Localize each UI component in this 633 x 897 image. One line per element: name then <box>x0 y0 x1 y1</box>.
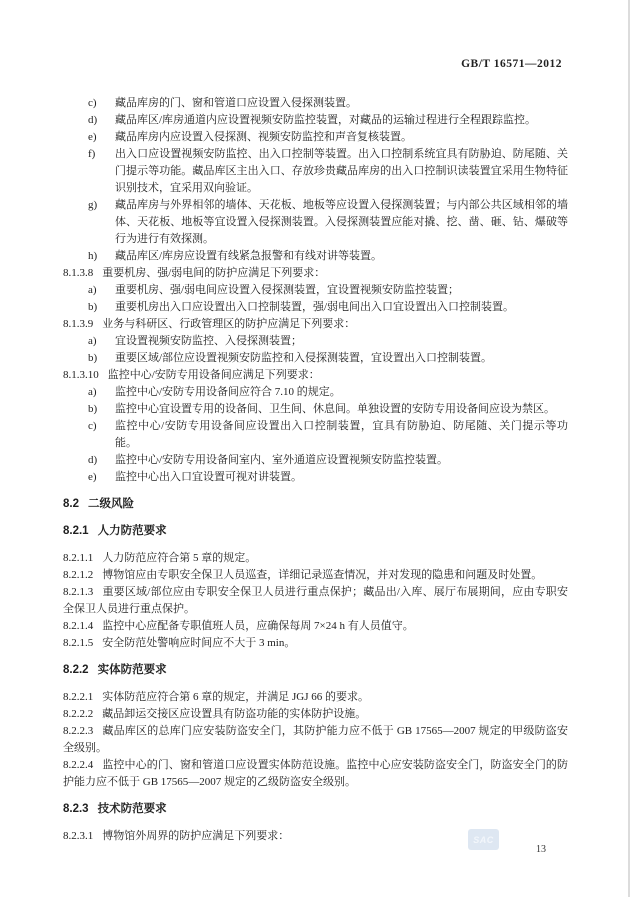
list-item: a) 重要机房、强/弱电间应设置入侵探测装置，宜设置视频安防监控装置； <box>63 282 568 299</box>
clause-number: 8.1.3.9 <box>63 318 93 330</box>
clause-text: 藏品卸运交接区应设置具有防盗功能的实体防护设施。 <box>102 708 366 720</box>
list-item: h) 藏品库区/库房应设置有线紧急报警和有线对讲等装置。 <box>63 248 568 265</box>
list-item-text: 藏品库房的门、窗和管道口应设置入侵探测装置。 <box>115 95 568 112</box>
clause-paragraph: 8.2.1.5安全防范处警响应时间应不大于 3 min。 <box>63 635 568 652</box>
list-item: g) 藏品库房与外界相邻的墙体、天花板、地板等应设置入侵探测装置；与内部公共区域… <box>63 197 568 248</box>
list-item-text: 出入口应设置视频安防监控、出入口控制等装置。出入口控制系统宜具有防胁迫、防尾随、… <box>115 146 568 197</box>
list-item-label: b) <box>88 299 115 316</box>
clause-text: 实体防范应符合第 6 章的规定，并满足 JGJ 66 的要求。 <box>102 691 369 703</box>
clause-paragraph: 8.1.3.9业务与科研区、行政管理区的防护应满足下列要求： <box>63 316 568 333</box>
document-code-header: GB/T 16571—2012 <box>63 56 568 73</box>
list-item-text: 监控中心宜设置专用的设备间、卫生间、休息间。单独设置的安防专用设备间应设为禁区。 <box>115 401 568 418</box>
clause-text: 安全防范处警响应时间应不大于 3 min。 <box>102 637 295 649</box>
sac-watermark-text: SAC <box>473 835 494 845</box>
clause-paragraph: 8.2.1.1人力防范应符合第 5 章的规定。 <box>63 550 568 567</box>
list-item-label: e) <box>88 129 115 146</box>
clause-number: 8.2.2.2 <box>63 708 93 720</box>
clause-text: 博物馆应由专职安全保卫人员巡查，详细记录巡查情况，并对发现的隐患和问题及时处置。 <box>102 569 542 581</box>
list-item-text: 监控中心/安防专用设备间应符合 7.10 的规定。 <box>115 384 568 401</box>
list-item-label: c) <box>88 95 115 112</box>
clause-text: 博物馆外周界的防护应满足下列要求： <box>102 830 289 842</box>
clause-number: 8.2.1.5 <box>63 637 93 649</box>
clause-paragraph: 8.2.1.2博物馆应由专职安全保卫人员巡查，详细记录巡查情况，并对发现的隐患和… <box>63 567 568 584</box>
list-item-text: 藏品库区/库房通道内应设置视频安防监控装置，对藏品的运输过程进行全程跟踪监控。 <box>115 112 568 129</box>
section-heading-number: 8.2.1 <box>63 525 89 537</box>
list-item: d) 监控中心/安防专用设备间室内、室外通道应设置视频安防监控装置。 <box>63 452 568 469</box>
list-item: a) 宜设置视频安防监控、入侵探测装置； <box>63 333 568 350</box>
clause-text: 重要机房、强/弱电间的防护应满足下列要求： <box>102 267 325 279</box>
section-heading-title: 二级风险 <box>88 498 134 510</box>
section-heading: 8.2.2实体防范要求 <box>63 662 568 679</box>
list-item-label: h) <box>88 248 115 265</box>
list-item-label: c) <box>88 418 115 452</box>
list-item: c) 监控中心/安防专用设备间应设置出入口控制装置，宜具有防胁迫、防尾随、关门提… <box>63 418 568 452</box>
list-item-text: 监控中心/安防专用设备间室内、室外通道应设置视频安防监控装置。 <box>115 452 568 469</box>
list-item-label: d) <box>88 452 115 469</box>
clause-number: 8.2.1.4 <box>63 620 93 632</box>
document-body: c) 藏品库房的门、窗和管道口应设置入侵探测装置。 d) 藏品库区/库房通道内应… <box>63 95 568 845</box>
list-item-text: 藏品库房与外界相邻的墙体、天花板、地板等应设置入侵探测装置；与内部公共区域相邻的… <box>115 197 568 248</box>
list-item-label: a) <box>88 282 115 299</box>
list-item-label: a) <box>88 384 115 401</box>
clause-number: 8.2.1.1 <box>63 552 93 564</box>
clause-text: 监控中心的门、窗和管道口应设置实体防范设施。监控中心应安装防盗安全门，防盗安全门… <box>63 759 568 788</box>
list-item-label: a) <box>88 333 115 350</box>
section-heading: 8.2二级风险 <box>63 496 568 513</box>
section-heading-number: 8.2.2 <box>63 664 89 676</box>
clause-paragraph: 8.1.3.10监控中心/安防专用设备间应满足下列要求： <box>63 367 568 384</box>
scan-edge-line <box>628 0 630 897</box>
clause-number: 8.2.2.3 <box>63 725 93 737</box>
list-item: d) 藏品库区/库房通道内应设置视频安防监控装置，对藏品的运输过程进行全程跟踪监… <box>63 112 568 129</box>
list-item-label: f) <box>88 146 115 197</box>
sac-watermark-logo: SAC <box>468 829 499 850</box>
list-item-label: b) <box>88 350 115 367</box>
list-item-label: g) <box>88 197 115 248</box>
list-item: b) 监控中心宜设置专用的设备间、卫生间、休息间。单独设置的安防专用设备间应设为… <box>63 401 568 418</box>
clause-paragraph: 8.2.2.3藏品库区的总库门应安装防盗安全门，其防护能力应不低于 GB 175… <box>63 723 568 757</box>
clause-text: 业务与科研区、行政管理区的防护应满足下列要求： <box>102 318 355 330</box>
list-item-label: b) <box>88 401 115 418</box>
clause-number: 8.1.3.10 <box>63 369 99 381</box>
section-heading-title: 实体防范要求 <box>98 664 167 676</box>
scanned-standard-page: GB/T 16571—2012 c) 藏品库房的门、窗和管道口应设置入侵探测装置… <box>0 0 633 897</box>
clause-number: 8.2.3.1 <box>63 830 93 842</box>
list-item-text: 重要区域/部位应设置视频安防监控和入侵探测装置，宜设置出入口控制装置。 <box>115 350 568 367</box>
clause-text: 藏品库区的总库门应安装防盗安全门，其防护能力应不低于 GB 17565—2007… <box>63 725 568 754</box>
clause-number: 8.2.1.2 <box>63 569 93 581</box>
list-item-text: 监控中心/安防专用设备间应设置出入口控制装置，宜具有防胁迫、防尾随、关门提示等功… <box>115 418 568 452</box>
list-item-text: 藏品库区/库房应设置有线紧急报警和有线对讲等装置。 <box>115 248 568 265</box>
clause-number: 8.2.2.4 <box>63 759 93 771</box>
list-item: b) 重要机房出入口应设置出入口控制装置，强/弱电间出入口宜设置出入口控制装置。 <box>63 299 568 316</box>
clause-paragraph: 8.1.3.8重要机房、强/弱电间的防护应满足下列要求： <box>63 265 568 282</box>
clause-number: 8.1.3.8 <box>63 267 93 279</box>
section-heading: 8.2.1人力防范要求 <box>63 523 568 540</box>
clause-text: 监控中心/安防专用设备间应满足下列要求： <box>108 369 320 381</box>
section-heading-title: 人力防范要求 <box>98 525 167 537</box>
section-heading-number: 8.2 <box>63 498 79 510</box>
clause-paragraph: 8.2.2.2藏品卸运交接区应设置具有防盗功能的实体防护设施。 <box>63 706 568 723</box>
list-item-text: 宜设置视频安防监控、入侵探测装置； <box>115 333 568 350</box>
clause-text: 监控中心应配备专职值班人员，应确保每周 7×24 h 有人员值守。 <box>102 620 413 632</box>
clause-number: 8.2.2.1 <box>63 691 93 703</box>
list-item-text: 监控中心出入口宜设置可视对讲装置。 <box>115 469 568 486</box>
page-content: GB/T 16571—2012 c) 藏品库房的门、窗和管道口应设置入侵探测装置… <box>63 0 568 845</box>
clause-number: 8.2.1.3 <box>63 586 93 598</box>
page-number: 13 <box>536 843 546 857</box>
list-item-text: 藏品库房内应设置入侵探测、视频安防监控和声音复核装置。 <box>115 129 568 146</box>
list-item: e) 监控中心出入口宜设置可视对讲装置。 <box>63 469 568 486</box>
clause-paragraph: 8.2.1.4监控中心应配备专职值班人员，应确保每周 7×24 h 有人员值守。 <box>63 618 568 635</box>
list-item: a) 监控中心/安防专用设备间应符合 7.10 的规定。 <box>63 384 568 401</box>
list-item: b) 重要区域/部位应设置视频安防监控和入侵探测装置，宜设置出入口控制装置。 <box>63 350 568 367</box>
list-item-text: 重要机房出入口应设置出入口控制装置，强/弱电间出入口宜设置出入口控制装置。 <box>115 299 568 316</box>
list-item-label: d) <box>88 112 115 129</box>
section-heading-number: 8.2.3 <box>63 803 89 815</box>
section-heading: 8.2.3技术防范要求 <box>63 801 568 818</box>
clause-text: 人力防范应符合第 5 章的规定。 <box>102 552 256 564</box>
clause-paragraph: 8.2.2.4监控中心的门、窗和管道口应设置实体防范设施。监控中心应安装防盗安全… <box>63 757 568 791</box>
clause-text: 重要区域/部位应由专职安全保卫人员进行重点保护；藏品出/入库、展厅布展期间，应由… <box>63 586 568 615</box>
clause-paragraph: 8.2.1.3重要区域/部位应由专职安全保卫人员进行重点保护；藏品出/入库、展厅… <box>63 584 568 618</box>
list-item-label: e) <box>88 469 115 486</box>
list-item: e) 藏品库房内应设置入侵探测、视频安防监控和声音复核装置。 <box>63 129 568 146</box>
list-item: f) 出入口应设置视频安防监控、出入口控制等装置。出入口控制系统宜具有防胁迫、防… <box>63 146 568 197</box>
clause-paragraph: 8.2.2.1实体防范应符合第 6 章的规定，并满足 JGJ 66 的要求。 <box>63 689 568 706</box>
list-item-text: 重要机房、强/弱电间应设置入侵探测装置，宜设置视频安防监控装置； <box>115 282 568 299</box>
list-item: c) 藏品库房的门、窗和管道口应设置入侵探测装置。 <box>63 95 568 112</box>
section-heading-title: 技术防范要求 <box>98 803 167 815</box>
